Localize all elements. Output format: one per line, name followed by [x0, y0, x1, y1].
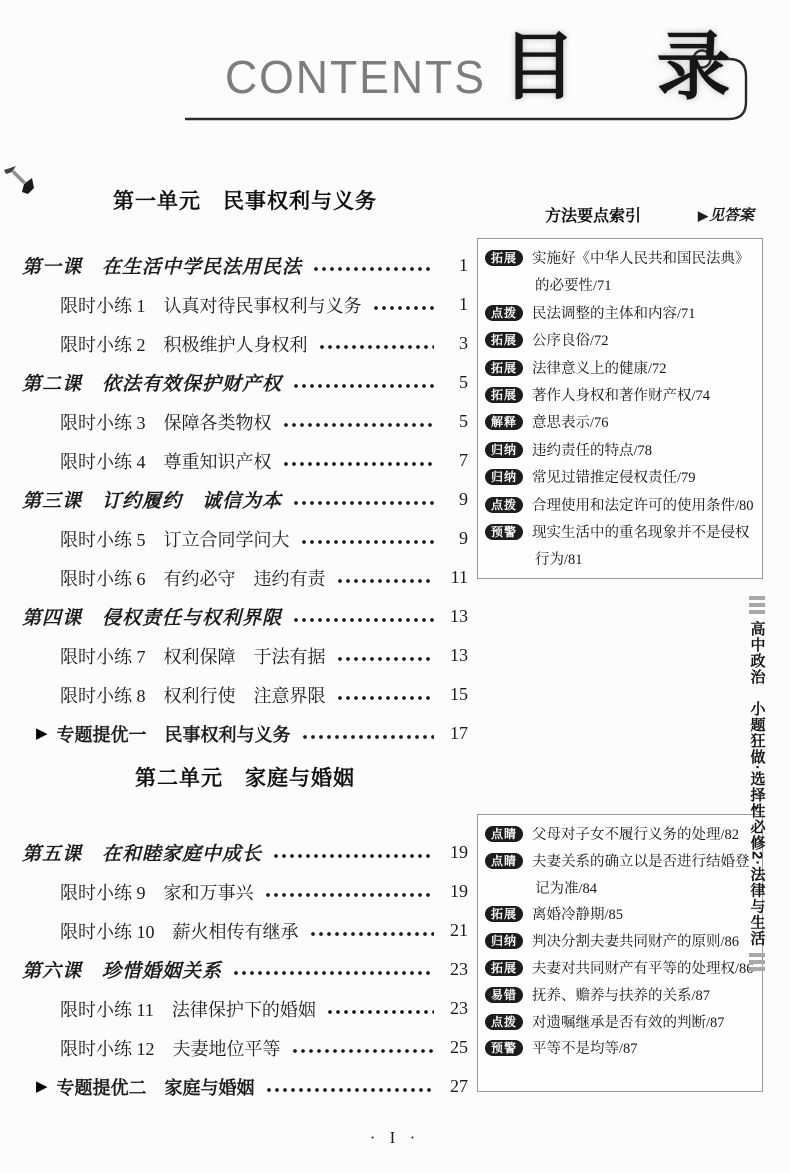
dot-leader [232, 969, 434, 977]
index-item-text: 抚养、赡养与扶养的关系/87 [532, 988, 710, 1004]
index-item: 归纳常见过错推定侵权责任/79 [485, 465, 757, 492]
toc-entry: ▶ 专题提优二 家庭与婚姻 27 [22, 1067, 468, 1106]
index-tag-badge: 预警 [485, 1040, 523, 1056]
toc-entry: 限时小练 11 法律保护下的婚姻 23 [22, 989, 468, 1028]
page-number-footer: · I · [0, 1128, 790, 1148]
index-tag-badge: 拓展 [485, 332, 523, 348]
toc-entry: 限时小练 2 积极维护人身权利 3 [22, 324, 468, 363]
index-item-text: 著作人身权和著作财产权/74 [532, 388, 710, 404]
index-tag-badge: 点睛 [485, 826, 523, 842]
toc-entry-page: 1 [442, 255, 468, 276]
dot-leader [264, 891, 435, 899]
dot-leader [312, 265, 434, 273]
edge-bar [749, 596, 765, 600]
toc-entry-page: 7 [442, 450, 468, 471]
toc-entry-label: 第四课 侵权责任与权利界限 [22, 603, 282, 630]
index-item-text: 常见过错推定侵权责任/79 [532, 470, 696, 486]
unit-1-title: 第一单元 民事权利与义务 [22, 188, 468, 216]
dot-leader [326, 1008, 434, 1016]
toc-entry-page: 23 [442, 959, 468, 980]
toc-entry-label: 限时小练 8 权利行使 注意界限 [60, 682, 326, 708]
edge-bar [749, 960, 765, 964]
index-item-text: 离婚冷静期/85 [532, 907, 623, 923]
toc-entry: 限时小练 8 权利行使 注意界限 15 [22, 675, 468, 714]
contents-title-english: CONTENTS [225, 50, 486, 104]
toc-entry: 限时小练 10 薪火相传有继承 21 [22, 911, 468, 950]
edge-bar [749, 953, 765, 957]
dot-leader [265, 1086, 434, 1094]
index-item: 拓展实施好《中华人民共和国民法典》的必要性/71 [485, 246, 757, 301]
toc-entry-page: 5 [442, 411, 468, 432]
index-item-text: 平等不是均等/87 [532, 1041, 638, 1057]
index-item-text: 对遗嘱继承是否有效的判断/87 [532, 1015, 725, 1031]
dot-leader [272, 852, 434, 860]
dot-leader [292, 499, 434, 507]
index-tag-badge: 拓展 [485, 387, 523, 403]
toc-entry-label: 第二课 依法有效保护财产权 [22, 369, 282, 396]
index-item: 归纳判决分割夫妻共同财产的原则/86 [485, 929, 757, 956]
index-tag-badge: 点拨 [485, 305, 523, 321]
toc-entry-page: 11 [442, 567, 468, 588]
index-item: 预警平等不是均等/87 [485, 1036, 757, 1063]
index-item-text: 法律意义上的健康/72 [532, 361, 667, 377]
index-item-text: 民法调整的主体和内容/71 [532, 306, 696, 322]
index-item-text: 合理使用和法定许可的使用条件/80 [532, 498, 754, 514]
book-series-vertical-title: 高中政治 小题狂做·选择性必修2·法律与生活 [747, 621, 768, 946]
toc-entry-label: 限时小练 11 法律保护下的婚姻 [60, 996, 316, 1022]
triangle-marker-icon: ▶ [36, 726, 48, 741]
toc-entry-page: 17 [442, 723, 468, 744]
toc-entry-label: 限时小练 5 订立合同学问大 [60, 526, 290, 552]
index-item-text: 公序良俗/72 [532, 333, 609, 349]
toc-entry-label: 限时小练 12 夫妻地位平等 [60, 1035, 281, 1061]
toc-entry: 限时小练 9 家和万事兴 19 [22, 872, 468, 911]
dot-leader [291, 1047, 435, 1055]
index-item: 拓展夫妻对共同财产有平等的处理权/86 [485, 956, 757, 983]
index-tag-badge: 归纳 [485, 933, 523, 949]
toc-entry-label: 限时小练 3 保障各类物权 [60, 409, 272, 435]
toc-entry-label: 限时小练 9 家和万事兴 [60, 879, 254, 905]
toc-entry: ▶ 专题提优一 民事权利与义务 17 [22, 714, 468, 753]
index-item: 点睛夫妻关系的确立以是否进行结婚登记为准/84 [485, 849, 757, 903]
method-index-box-2: 点睛父母对子女不履行义务的处理/82 点睛夫妻关系的确立以是否进行结婚登记为准/… [477, 814, 763, 1092]
toc-entry-label: 第三课 订约履约 诚信为本 [22, 486, 282, 513]
toc-entry: 第四课 侵权责任与权利界限 13 [22, 597, 468, 636]
toc-entry-page: 9 [442, 528, 468, 549]
index-tag-badge: 易错 [485, 987, 523, 1003]
index-item: 解释意思表示/76 [485, 410, 757, 437]
toc-entry: 第六课 珍惜婚姻关系 23 [22, 950, 468, 989]
index-item: 点拨对遗嘱继承是否有效的判断/87 [485, 1010, 757, 1037]
toc-entry-page: 13 [442, 645, 468, 666]
index-item-text: 意思表示/76 [532, 415, 609, 431]
toc-entry-label: 专题提优一 民事权利与义务 [57, 721, 291, 747]
edge-bar [749, 967, 765, 971]
dot-leader [336, 655, 435, 663]
edge-bars-bottom [749, 953, 765, 971]
dot-leader [336, 694, 435, 702]
toc-entry: 第三课 订约履约 诚信为本 9 [22, 480, 468, 519]
see-answers-label: 见答案 [709, 208, 754, 224]
triangle-marker-icon: ▶ [36, 1079, 48, 1094]
dot-leader [336, 577, 435, 585]
toc-entry-page: 5 [442, 372, 468, 393]
index-item: 点睛父母对子女不履行义务的处理/82 [485, 822, 757, 849]
toc-entry-page: 19 [442, 842, 468, 863]
index-tag-badge: 拓展 [485, 360, 523, 376]
toc-entry-page: 27 [442, 1076, 468, 1097]
toc-entry-page: 21 [442, 920, 468, 941]
toc-entry: 限时小练 7 权利保障 于法有据 13 [22, 636, 468, 675]
see-answers-link: ▶见答案 [698, 204, 754, 225]
index-item: 易错抚养、赡养与扶养的关系/87 [485, 983, 757, 1010]
toc-entry-label: 限时小练 2 积极维护人身权利 [60, 331, 308, 357]
method-index-title: 方法要点索引 [545, 203, 641, 226]
toc-entry-page: 3 [442, 333, 468, 354]
toc-entry: 第一课 在生活中学民法用民法 1 [22, 246, 468, 285]
toc-entry-label: 限时小练 7 权利保障 于法有据 [60, 643, 326, 669]
index-tag-badge: 归纳 [485, 442, 523, 458]
toc-entry-label: 专题提优二 家庭与婚姻 [57, 1074, 255, 1100]
index-item: 预警现实生活中的重名现象并不是侵权行为/81 [485, 520, 757, 575]
index-tag-badge: 解释 [485, 414, 523, 430]
toc-entry: 限时小练 6 有约必守 违约有责 11 [22, 558, 468, 597]
index-item-text: 现实生活中的重名现象并不是侵权行为/81 [532, 525, 750, 568]
dot-leader [372, 304, 435, 312]
toc-entry-page: 19 [442, 881, 468, 902]
index-item: 拓展公序良俗/72 [485, 328, 757, 355]
toc-entry-label: 限时小练 6 有约必守 违约有责 [60, 565, 326, 591]
edge-bar [749, 610, 765, 614]
dot-leader [282, 460, 435, 468]
toc-entry-page: 15 [442, 684, 468, 705]
index-tag-badge: 点睛 [485, 853, 523, 869]
index-item-text: 实施好《中华人民共和国民法典》的必要性/71 [532, 251, 750, 294]
dot-leader [318, 343, 435, 351]
toc-entry: 限时小练 1 认真对待民事权利与义务 1 [22, 285, 468, 324]
index-tag-badge: 预警 [485, 524, 523, 540]
index-item: 拓展著作人身权和著作财产权/74 [485, 383, 757, 410]
dot-leader [292, 382, 434, 390]
method-index-box-1: 拓展实施好《中华人民共和国民法典》的必要性/71 点拨民法调整的主体和内容/71… [477, 238, 763, 579]
unit-2-title: 第二单元 家庭与婚姻 [22, 765, 468, 793]
toc-entry: 限时小练 4 尊重知识产权 7 [22, 441, 468, 480]
toc-entry-label: 限时小练 4 尊重知识产权 [60, 448, 272, 474]
toc-entry: 限时小练 5 订立合同学问大 9 [22, 519, 468, 558]
toc-entry-label: 第一课 在生活中学民法用民法 [22, 252, 302, 279]
method-index-header: 方法要点索引 ▶见答案 [477, 203, 764, 229]
index-tag-badge: 拓展 [485, 906, 523, 922]
toc-entry: 第五课 在和睦家庭中成长 19 [22, 833, 468, 872]
dot-leader [309, 930, 435, 938]
table-of-contents: 第一单元 民事权利与义务 第一课 在生活中学民法用民法 1 限时小练 1 认真对… [22, 188, 468, 1106]
toc-entry-label: 第六课 珍惜婚姻关系 [22, 956, 222, 983]
index-item-text: 违约责任的特点/78 [532, 443, 652, 459]
index-tag-badge: 点拨 [485, 497, 523, 513]
index-item-text: 父母对子女不履行义务的处理/82 [532, 827, 739, 843]
dot-leader [301, 733, 434, 741]
toc-entry: 限时小练 3 保障各类物权 5 [22, 402, 468, 441]
edge-bars-top [749, 596, 765, 614]
triangle-arrow-icon: ▶ [698, 208, 708, 223]
index-item: 点拨合理使用和法定许可的使用条件/80 [485, 493, 757, 520]
dot-leader [292, 616, 434, 624]
toc-entry-page: 25 [442, 1037, 468, 1058]
dot-leader [300, 538, 435, 546]
toc-entry: 限时小练 12 夫妻地位平等 25 [22, 1028, 468, 1067]
toc-entry-page: 13 [442, 606, 468, 627]
contents-title-chinese: 目 录 [502, 8, 761, 114]
index-item: 点拨民法调整的主体和内容/71 [485, 301, 757, 328]
index-item-text: 判决分割夫妻共同财产的原则/86 [532, 934, 739, 950]
toc-entry: 第二课 依法有效保护财产权 5 [22, 363, 468, 402]
index-item: 拓展离婚冷静期/85 [485, 902, 757, 929]
index-tag-badge: 拓展 [485, 250, 523, 266]
toc-entry-page: 1 [442, 294, 468, 315]
index-item: 归纳违约责任的特点/78 [485, 438, 757, 465]
toc-entry-page: 9 [442, 489, 468, 510]
index-item-text: 夫妻对共同财产有平等的处理权/86 [532, 961, 754, 977]
toc-entry-label: 第五课 在和睦家庭中成长 [22, 839, 262, 866]
edge-bar [749, 603, 765, 607]
toc-entry-label: 限时小练 10 薪火相传有继承 [60, 918, 299, 944]
index-tag-badge: 点拨 [485, 1014, 523, 1030]
index-item: 拓展法律意义上的健康/72 [485, 356, 757, 383]
toc-entry-label: 限时小练 1 认真对待民事权利与义务 [60, 292, 362, 318]
dot-leader [282, 421, 435, 429]
book-edge-strip: 高中政治 小题狂做·选择性必修2·法律与生活 [742, 596, 772, 996]
index-tag-badge: 拓展 [485, 960, 523, 976]
index-tag-badge: 归纳 [485, 469, 523, 485]
toc-entry-page: 23 [442, 998, 468, 1019]
index-item-text: 夫妻关系的确立以是否进行结婚登记为准/84 [532, 854, 750, 897]
